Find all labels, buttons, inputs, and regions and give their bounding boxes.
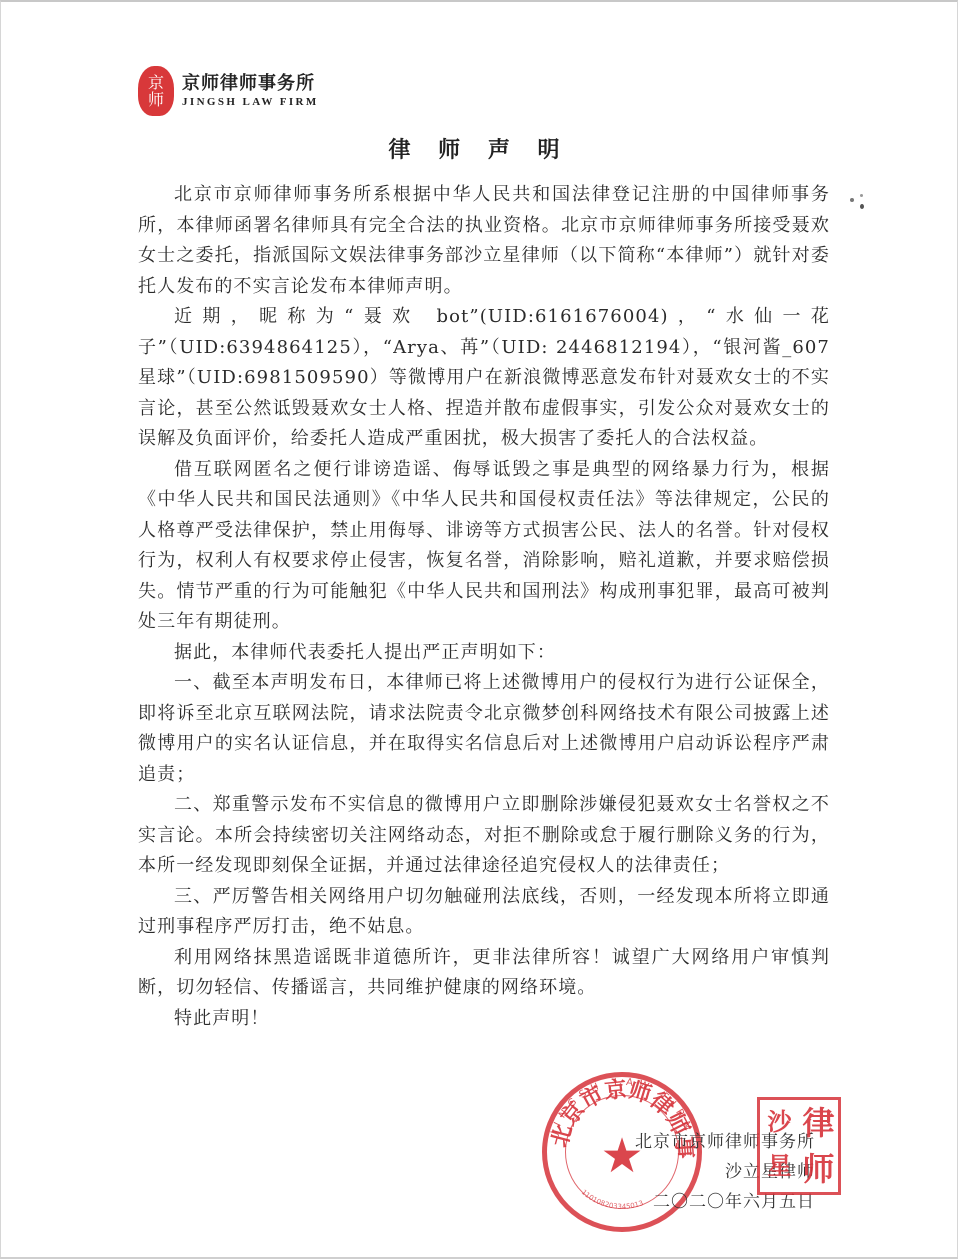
paragraph-intro: 北京市京师律师事务所系根据中华人民共和国法律登记注册的中国律师事务所，本律师函署… [138,180,830,302]
paragraph-users: 近期，昵称为“聂欢 bot”(UID:6161676004)，“水仙一花子”（U… [138,302,830,455]
paragraph-hereby: 特此声明！ [138,1004,830,1035]
seal-char: 师 [148,91,164,108]
seal-char: 京 [148,74,164,91]
paragraph-statement-lead: 据此，本律师代表委托人提出严正声明如下： [138,638,830,669]
paragraph-law: 借互联网匿名之便行诽谤造谣、侮辱诋毁之事是典型的网络暴力行为，根据《中华人民共和… [138,455,830,638]
scan-speck [850,198,854,202]
paragraph-item-1: 一、截至本声明发布日，本律师已将上述微博用户的侵权行为进行公证保全，即将诉至北京… [138,668,830,790]
stamp-char: 沙 [760,1100,799,1144]
stamp-char: 律 [799,1100,838,1146]
document-title: 律 师 声 明 [0,133,958,164]
scan-speck [860,194,863,197]
paragraph-item-2: 二、郑重警示发布不实信息的微博用户立即删除涉嫌侵犯聂欢女士名誉权之不实言论。本所… [138,790,830,882]
lawyer-square-stamp: 沙 星 律 师 [757,1097,841,1195]
firm-name-cn: 京师律师事务所 [182,74,319,94]
firm-seal-icon: 京 师 [138,66,174,116]
stamp-char: 星 [760,1144,799,1188]
paragraph-item-3: 三、严厉警告相关网络用户切勿触碰刑法底线，否则，一经发现本所将立即通过刑事程序严… [138,882,830,943]
stamp-char: 师 [799,1146,838,1192]
document-body: 北京市京师律师事务所系根据中华人民共和国法律登记注册的中国律师事务所，本律师函署… [138,180,830,1034]
firm-name-en: JINGSH LAW FIRM [182,96,319,108]
letterhead-logo: 京 师 京师律师事务所 JINGSH LAW FIRM [138,66,319,116]
paragraph-closing: 利用网络抹黑造谣既非道德所许，更非法律所容！诚望广大网络用户审慎判断，切勿轻信、… [138,943,830,1004]
scan-speck [860,204,864,209]
